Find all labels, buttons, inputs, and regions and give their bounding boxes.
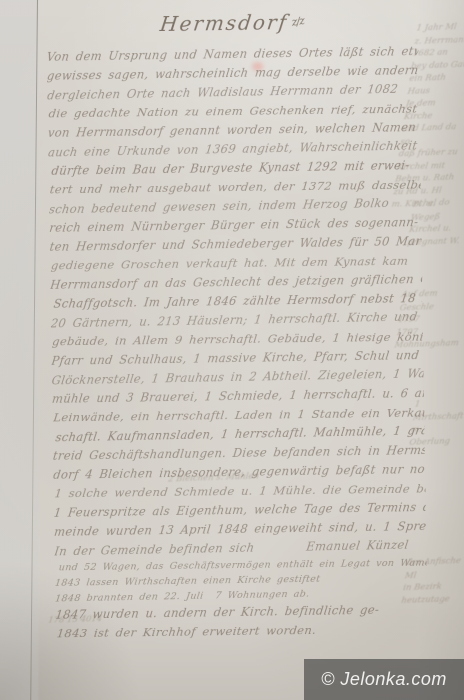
manuscript-photo: Hermsdorfz/z Von dem Ursprung und Namen … — [0, 0, 464, 700]
manuscript-lines: Von dem Ursprung und Namen dieses Ortes … — [47, 42, 428, 644]
page-title: Hermsdorf — [159, 10, 290, 36]
title-flourish-mark: z/z — [290, 14, 304, 29]
watermark-text: © Jelonka.com — [321, 669, 447, 690]
title-row: Hermsdorfz/z — [46, 8, 418, 44]
page-fold-line — [30, 0, 38, 700]
manuscript-line: 1843 ist der Kirchhof erweitert worden. — [56, 620, 428, 644]
manuscript-page: Hermsdorfz/z Von dem Ursprung und Namen … — [46, 8, 428, 644]
watermark-band: © Jelonka.com — [304, 659, 464, 700]
